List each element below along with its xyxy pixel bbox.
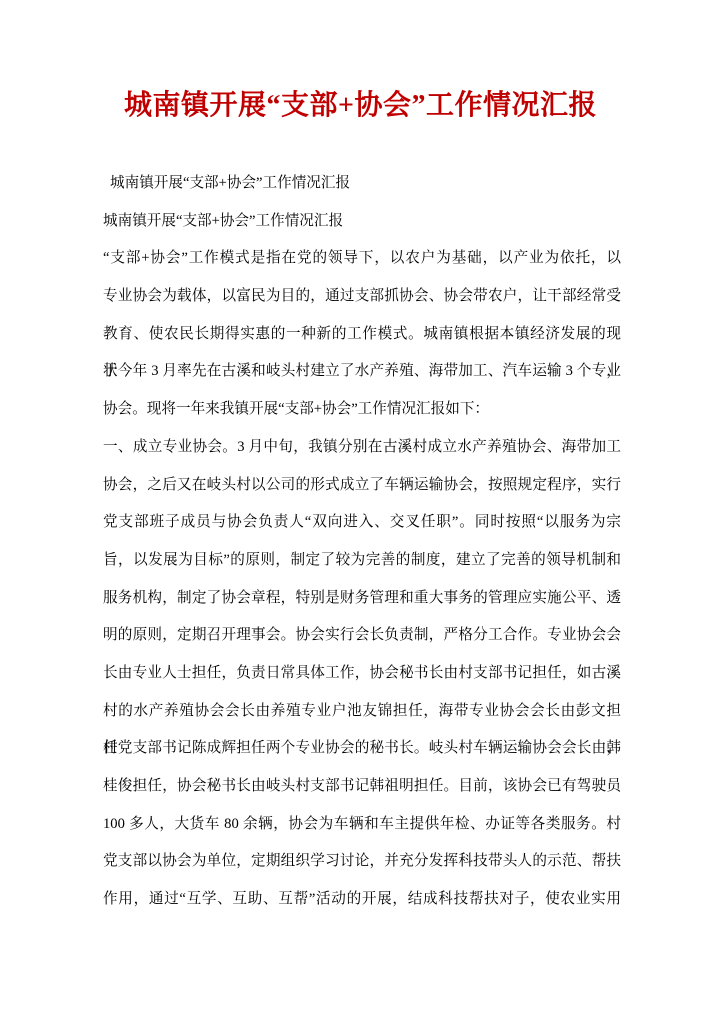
text-line: 党支部班子成员与协会负责人“双向进入、交叉任职”。同时按照“以服务为宗 [103,504,621,542]
text-line: 一、成立专业协会。3 月中旬，我镇分别在古溪村成立水产养殖协会、海带加工 [103,429,621,467]
text-line: 党支部以协会为单位，定期组织学习讨论，并充分发挥科技带头人的示范、帮扶 [103,843,621,881]
text-line: 城南镇开展“支部+协会”工作情况汇报 [103,203,621,241]
text-line: 作用，通过“互学、互助、互帮”活动的开展，结成科技帮扶对子，使农业实用 [103,881,621,919]
text-line: 专业协会为载体，以富民为目的，通过支部抓协会、协会带农户，让干部经常受 [103,278,621,316]
document-body: 城南镇开展“支部+协会”工作情况汇报城南镇开展“支部+协会”工作情况汇报“支部+… [103,165,621,919]
document-title: 城南镇开展“支部+协会”工作情况汇报 [0,0,721,124]
text-line: 桂俊担任，协会秘书长由岐头村支部书记韩祖明担任。目前，该协会已有驾驶员 [103,768,621,806]
text-line: “支部+协会”工作模式是指在党的领导下，以农户为基础，以产业为依托，以 [103,240,621,278]
text-line: 教育、使农民长期得实惠的一种新的工作模式。城南镇根据本镇经济发展的现状， [103,316,621,354]
text-line: 协会。现将一年来我镇开展“支部+协会”工作情况汇报如下： [103,391,621,429]
text-line: 协会，之后又在岐头村以公司的形式成立了车辆运输协会，按照规定程序，实行 [103,467,621,505]
text-line: 于今年 3 月率先在古溪和岐头村建立了水产养殖、海带加工、汽车运输 3 个专业 [103,353,621,391]
document-page: 城南镇开展“支部+协会”工作情况汇报 城南镇开展“支部+协会”工作情况汇报城南镇… [0,0,721,1020]
text-line: 明的原则，定期召开理事会。协会实行会长负责制，严格分工合作。专业协会会 [103,617,621,655]
text-line: 长由专业人士担任，负责日常具体工作，协会秘书长由村支部书记担任，如古溪 [103,655,621,693]
text-line: 城南镇开展“支部+协会”工作情况汇报 [103,165,621,203]
text-line: 村的水产养殖协会会长由养殖专业户池友锦担任，海带专业协会会长由彭文担任， [103,693,621,731]
text-line: 100 多人，大货车 80 余辆，协会为车辆和车主提供年检、办证等各类服务。村 [103,806,621,844]
text-line: 服务机构，制定了协会章程，特别是财务管理和重大事务的管理应实施公平、透 [103,580,621,618]
text-line: 村党支部书记陈成辉担任两个专业协会的秘书长。岐头村车辆运输协会会长由韩 [103,730,621,768]
text-line: 旨，以发展为目标”的原则，制定了较为完善的制度，建立了完善的领导机制和 [103,542,621,580]
